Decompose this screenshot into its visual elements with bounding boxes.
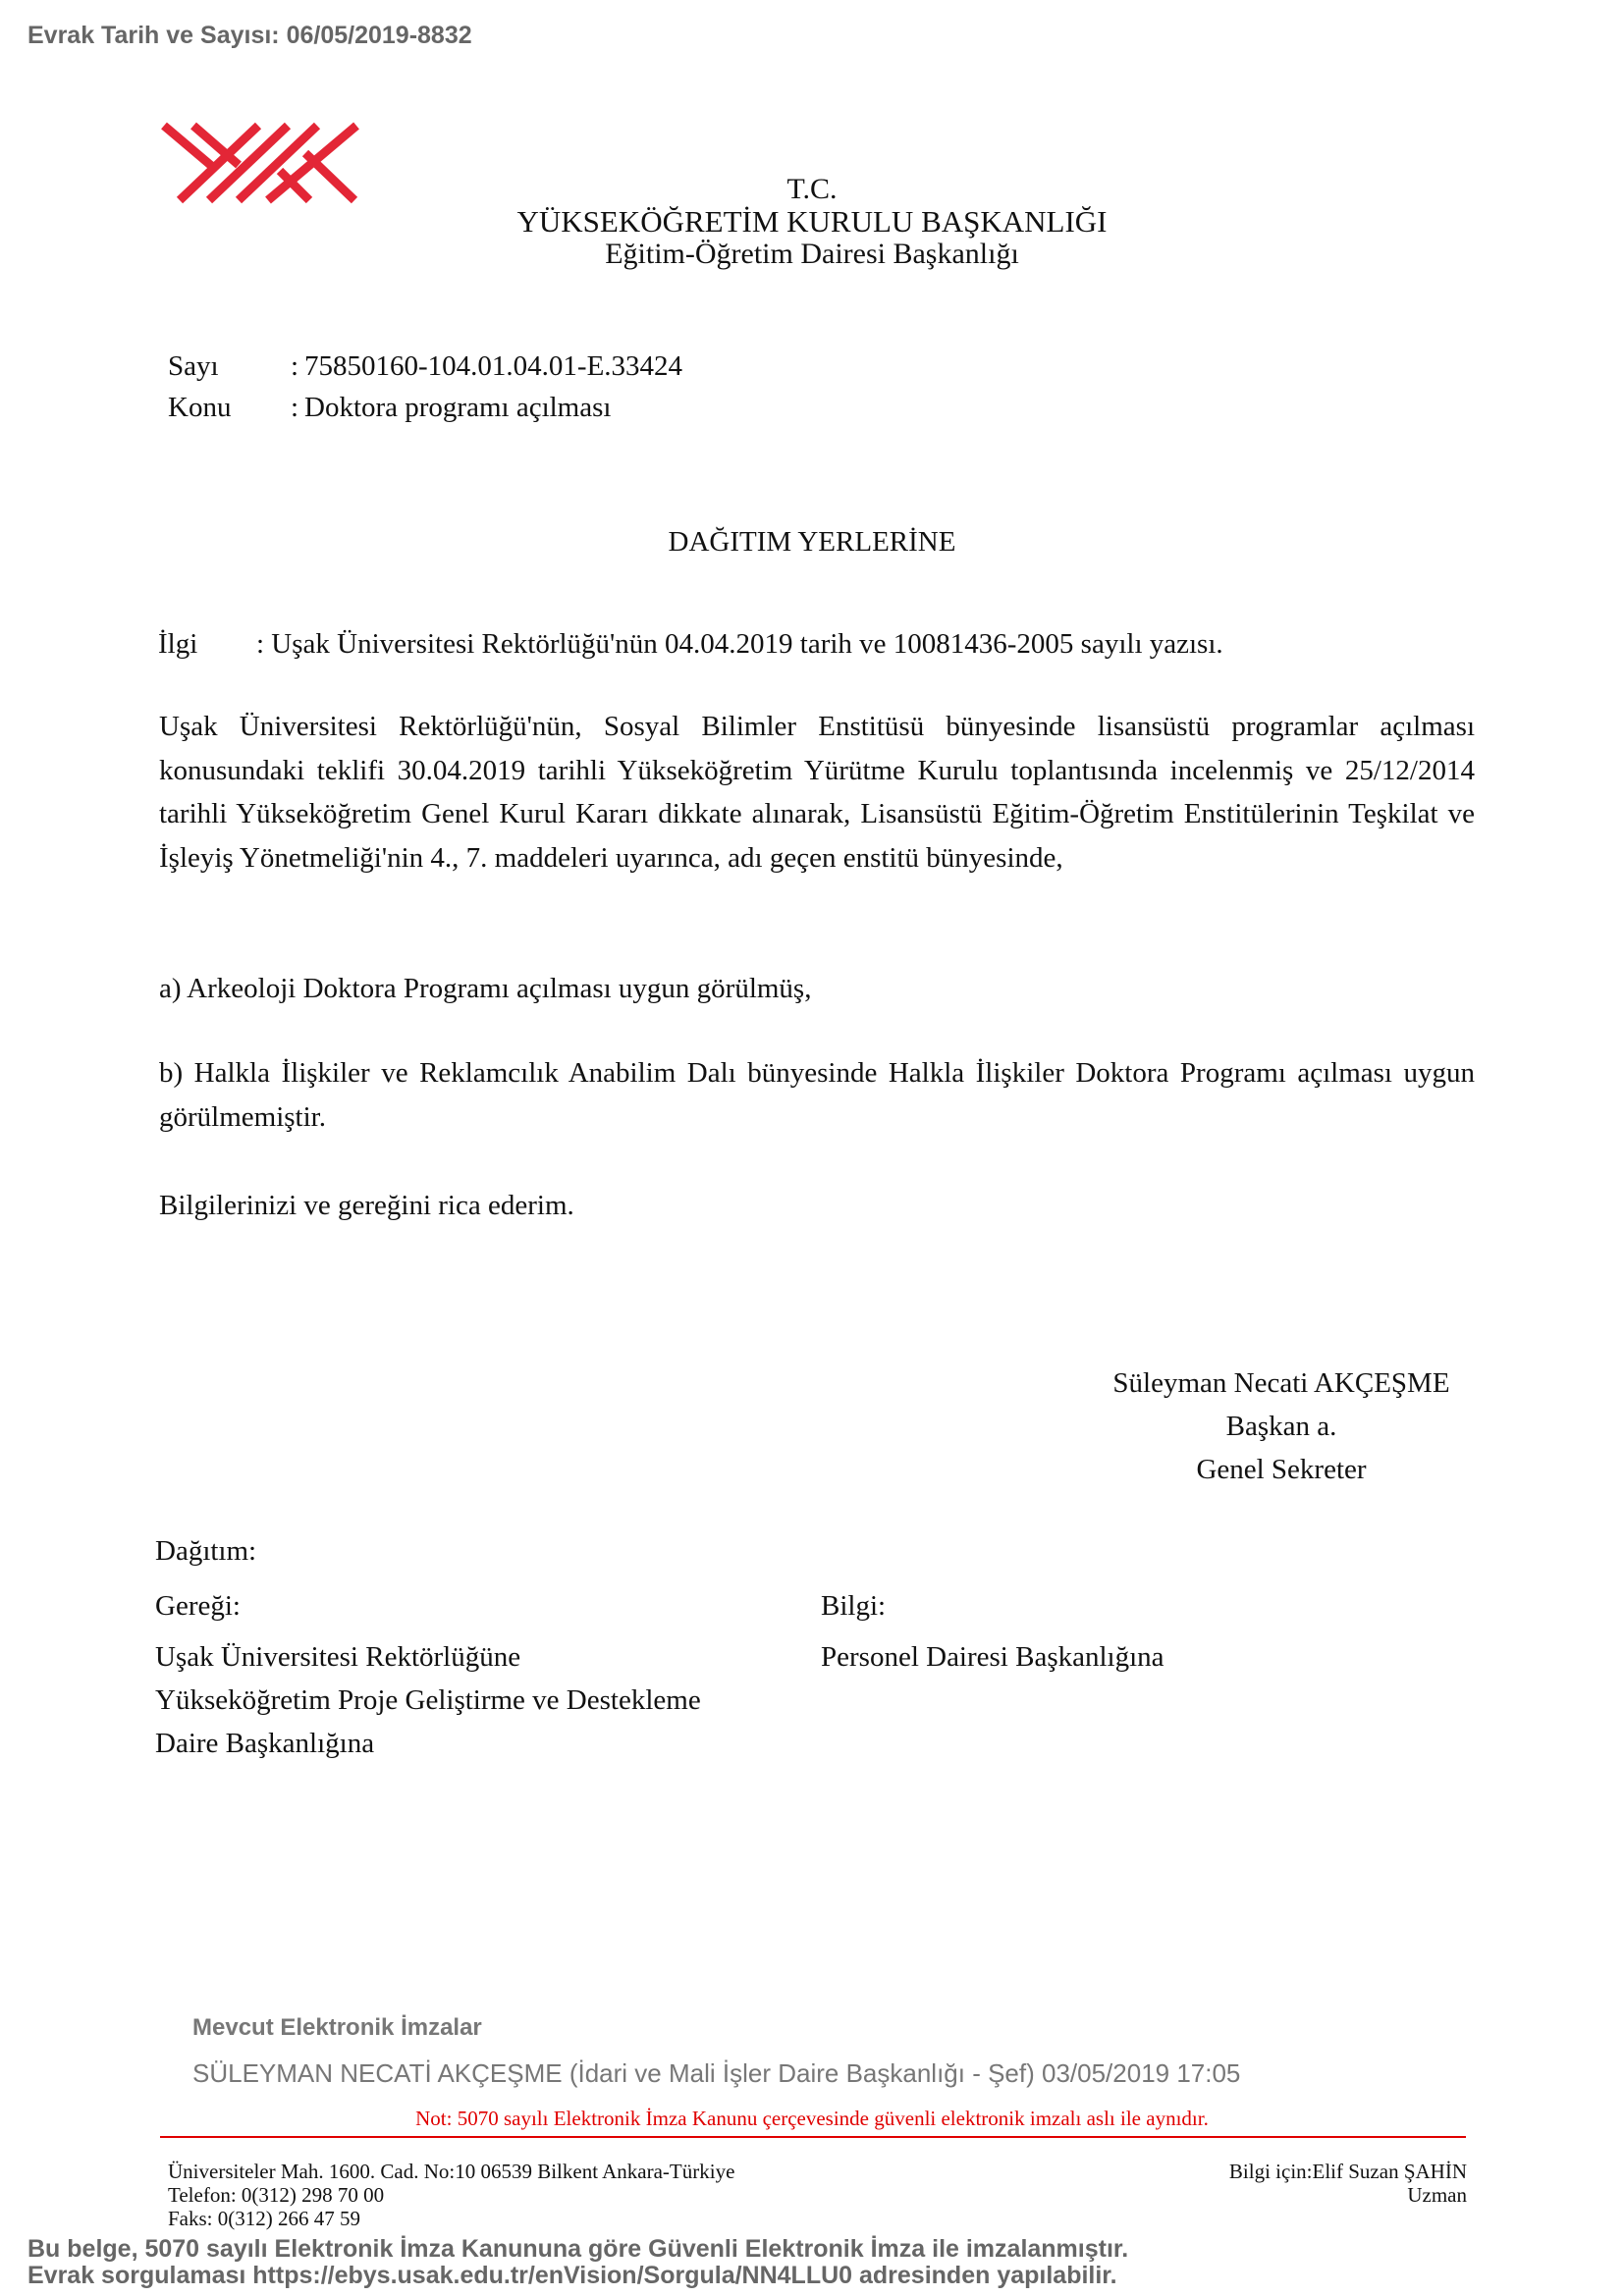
bilgi-label: Bilgi: (821, 1584, 1164, 1628)
distribution-item: Uşak Üniversitesi Rektörlüğüne (155, 1635, 701, 1679)
konu-label: Konu (168, 387, 291, 428)
signatory-role: Başkan a. (1080, 1405, 1483, 1448)
footer-contact: Bilgi için:Elif Suzan ŞAHİN Uzman (1080, 2160, 1467, 2207)
konu-row: Konu : Doktora programı açılması (168, 387, 682, 428)
header-tc: T.C. (0, 173, 1624, 205)
esignatures-title: Mevcut Elektronik İmzalar (192, 2014, 482, 2042)
distribution-bilgi: Bilgi: Personel Dairesi Başkanlığına (821, 1584, 1164, 1679)
contact-person: Bilgi için:Elif Suzan ŞAHİN (1080, 2160, 1467, 2183)
gereg-label: Gereği: (155, 1584, 701, 1628)
reference-value: : Uşak Üniversitesi Rektörlüğü'nün 04.04… (256, 628, 1223, 661)
konu-separator: : (291, 387, 304, 428)
address-line: Üniversiteler Mah. 1600. Cad. No:10 0653… (168, 2160, 734, 2183)
signature-block: Süleyman Necati AKÇEŞME Başkan a. Genel … (1080, 1362, 1483, 1491)
document-date-number: Evrak Tarih ve Sayısı: 06/05/2019-8832 (27, 22, 472, 50)
decision-item-b: b) Halkla İlişkiler ve Reklamcılık Anabi… (159, 1051, 1475, 1139)
distribution-item: Daire Başkanlığına (155, 1722, 701, 1765)
body-paragraph: Uşak Üniversitesi Rektörlüğü'nün, Sosyal… (159, 705, 1475, 880)
verification-line-1: Bu belge, 5070 sayılı Elektronik İmza Ka… (27, 2236, 1128, 2263)
konu-value: Doktora programı açılması (304, 387, 611, 428)
esignature-entry: SÜLEYMAN NECATİ AKÇEŞME (İdari ve Mali İ… (192, 2058, 1240, 2089)
contact-title: Uzman (1080, 2183, 1467, 2207)
reference-line: İlgi : Uşak Üniversitesi Rektörlüğü'nün … (158, 628, 1223, 661)
distribution-item: Yükseköğretim Proje Geliştirme ve Destek… (155, 1679, 701, 1722)
letterhead: T.C. YÜKSEKÖĞRETİM KURULU BAŞKANLIĞI Eği… (0, 173, 1624, 270)
header-institution: YÜKSEKÖĞRETİM KURULU BAŞKANLIĞI (0, 205, 1624, 238)
addressee: DAĞITIM YERLERİNE (0, 526, 1624, 559)
verification-line-2: Evrak sorgulaması https://ebys.usak.edu.… (27, 2263, 1128, 2289)
distribution-item: Personel Dairesi Başkanlığına (821, 1635, 1164, 1679)
closing-line: Bilgilerinizi ve gereğini rica ederim. (159, 1184, 1475, 1228)
footer-address: Üniversiteler Mah. 1600. Cad. No:10 0653… (168, 2160, 734, 2230)
signatory-name: Süleyman Necati AKÇEŞME (1080, 1362, 1483, 1405)
sayi-label: Sayı (168, 346, 291, 387)
distribution-gereg: Gereği: Uşak Üniversitesi Rektörlüğüne Y… (155, 1584, 701, 1765)
reference-label: İlgi (158, 628, 256, 661)
esignature-note: Not: 5070 sayılı Elektronik İmza Kanunu … (0, 2107, 1624, 2131)
fax-line: Faks: 0(312) 266 47 59 (168, 2207, 734, 2230)
sayi-row: Sayı : 75850160-104.01.04.01-E.33424 (168, 346, 682, 387)
phone-line: Telefon: 0(312) 298 70 00 (168, 2183, 734, 2207)
signatory-title: Genel Sekreter (1080, 1448, 1483, 1491)
sayi-value: 75850160-104.01.04.01-E.33424 (304, 346, 682, 387)
verification-note: Bu belge, 5070 sayılı Elektronik İmza Ka… (27, 2236, 1128, 2289)
decision-item-a: a) Arkeoloji Doktora Programı açılması u… (159, 967, 1475, 1011)
distribution-title: Dağıtım: (155, 1535, 256, 1568)
divider-rule (160, 2136, 1466, 2138)
document-meta: Sayı : 75850160-104.01.04.01-E.33424 Kon… (168, 346, 682, 428)
sayi-separator: : (291, 346, 304, 387)
header-department: Eğitim-Öğretim Dairesi Başkanlığı (0, 238, 1624, 270)
